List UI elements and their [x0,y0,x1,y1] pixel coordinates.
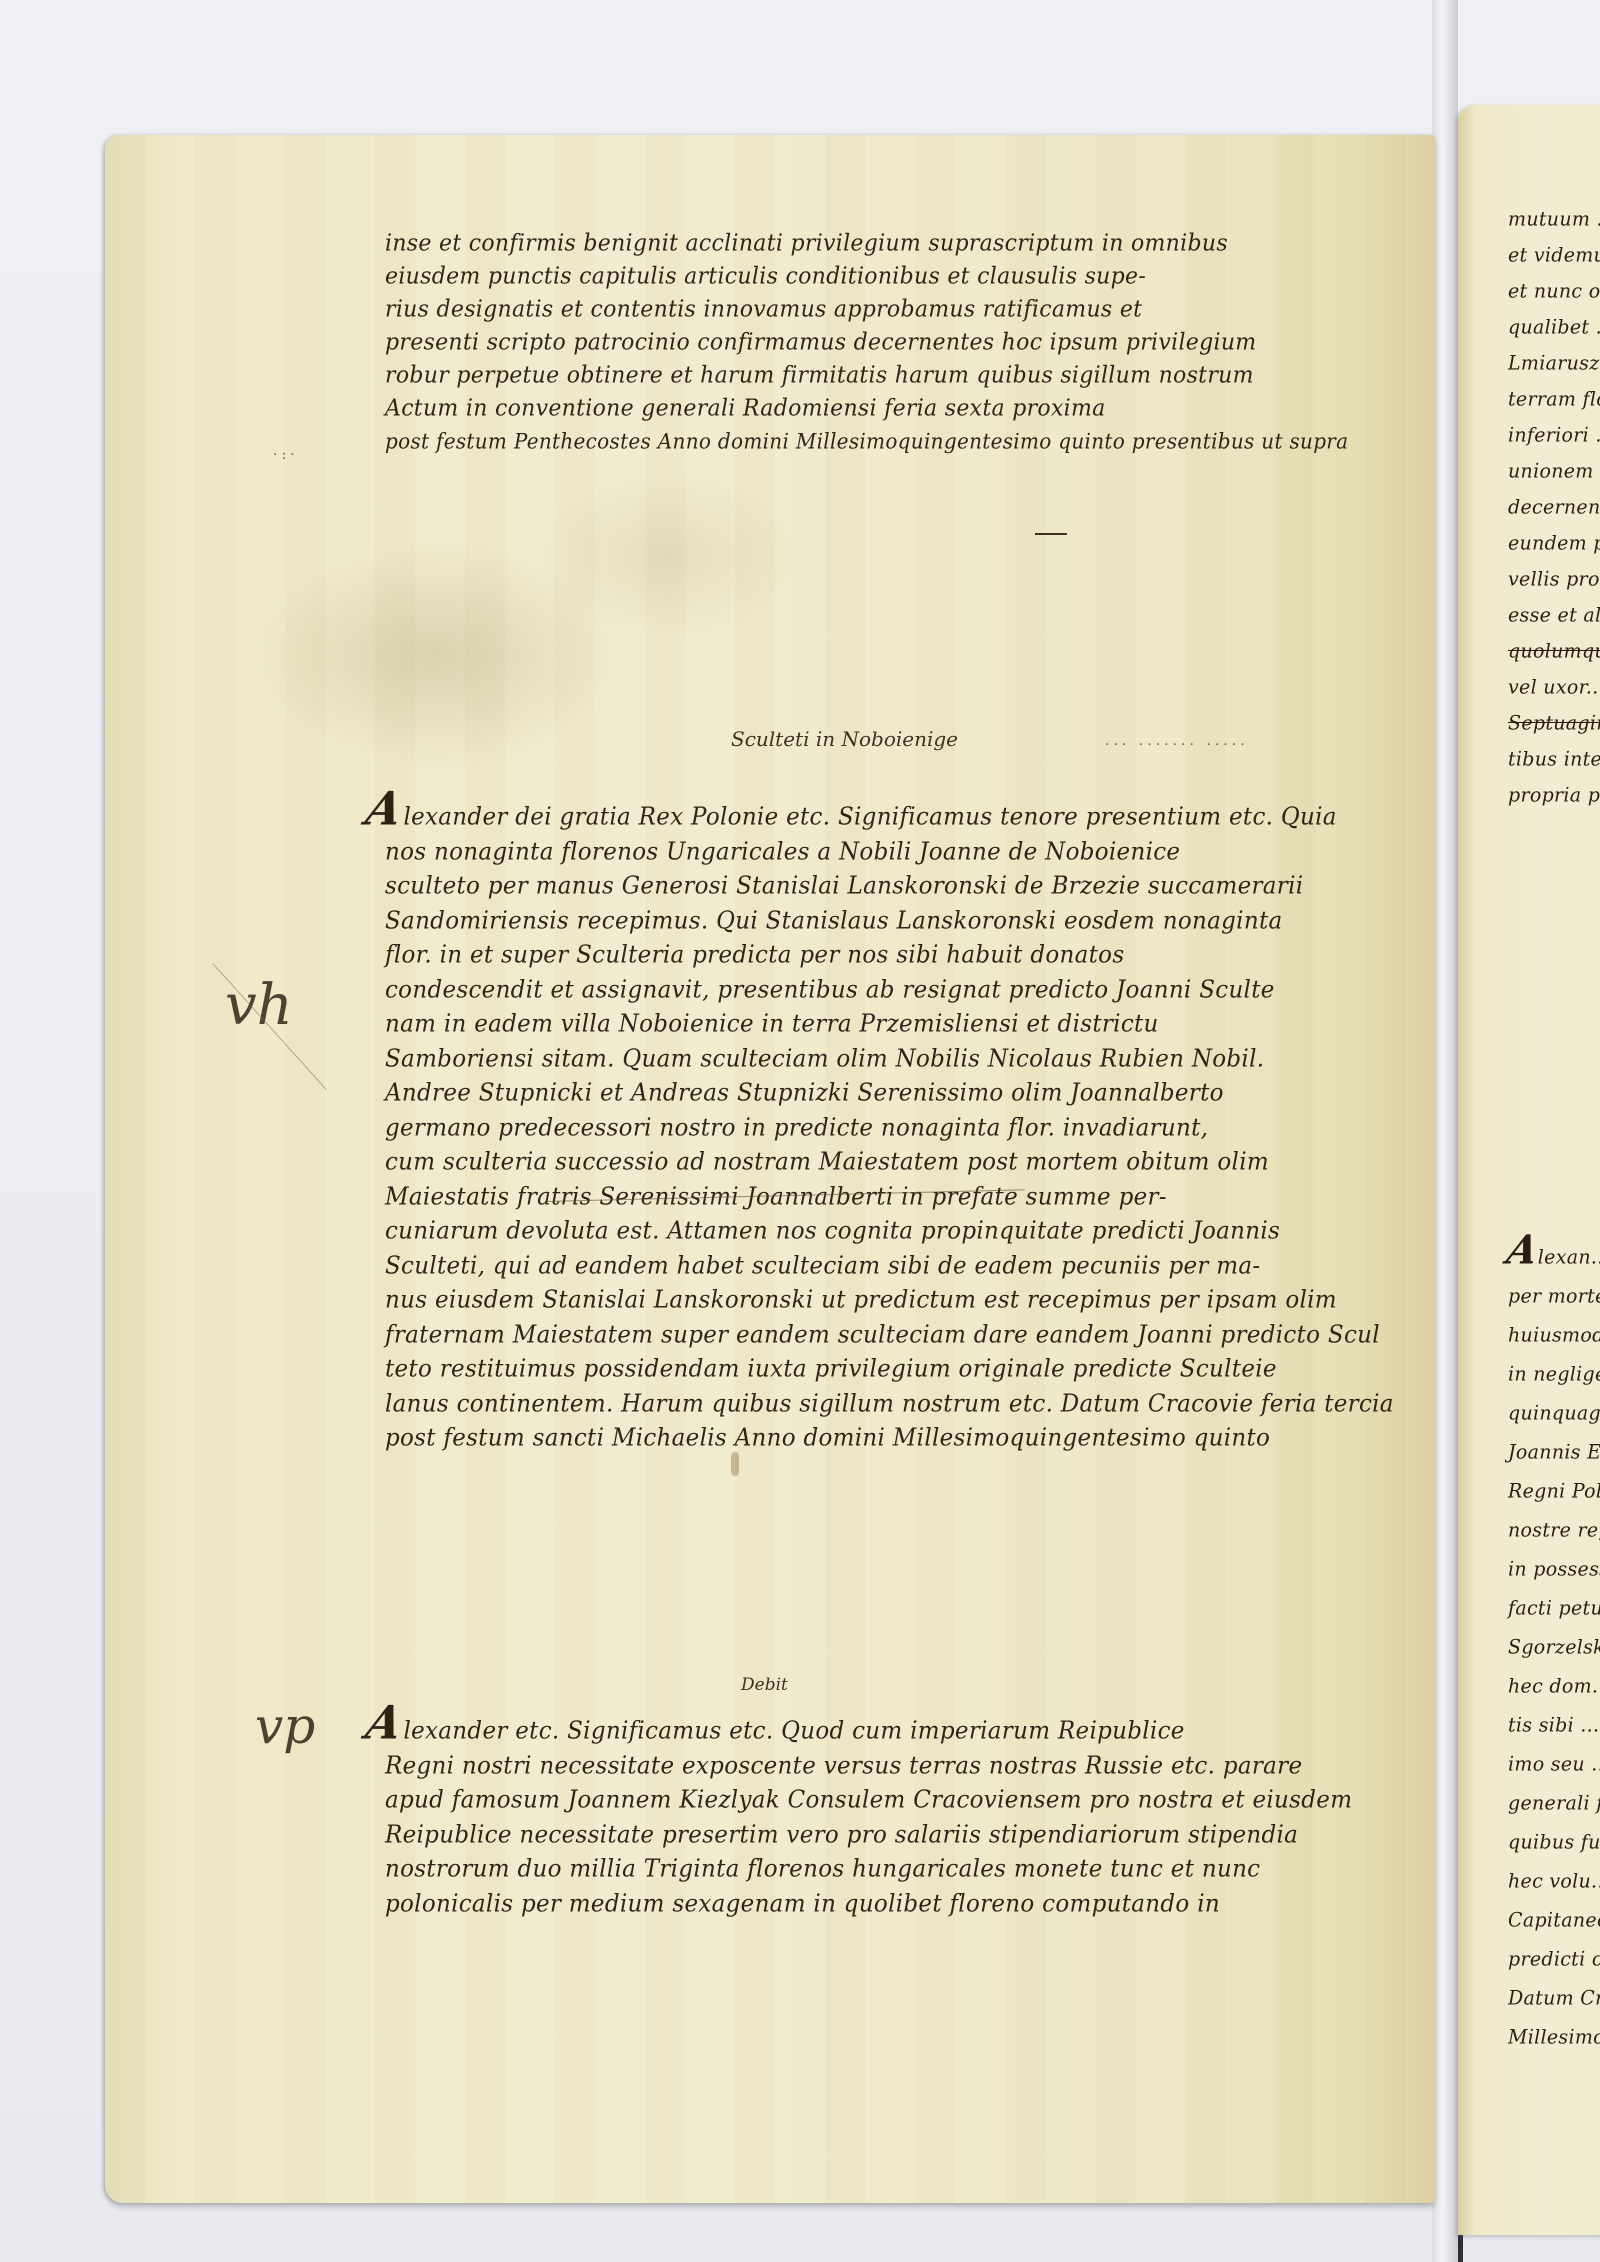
text-line-content: lexander dei gratia Rex Polonie etc. Sig… [403,803,1336,830]
text-line: post festum sancti Michaelis Anno domini… [367,1420,1394,1456]
text-line-content: lexan... [1538,1246,1600,1269]
margin-note-vh: vh [225,973,293,1038]
text-line: esse et al... [1508,596,1600,634]
text-line: presenti scripto patrocinio confirmamus … [385,325,1348,360]
text-line: condescendit et assignavit, presentibus … [367,972,1394,1008]
text-line: Septuaginta... [1508,704,1600,742]
text-line: Alexan... [1508,1229,1600,1278]
text-line: Regni Pol... [1508,1471,1600,1512]
drop-cap: A [364,1708,405,1740]
text-line: Joannis Epi... [1508,1432,1600,1473]
text-line: per morte... [1508,1276,1600,1317]
text-line: inse et confirmis benignit acclinati pri… [385,226,1348,261]
text-line: eiusdem punctis capitulis articulis cond… [385,259,1348,294]
text-line: Capitaneo... [1508,1900,1600,1941]
text-line: Datum Crac... [1508,1978,1600,2019]
text-line: tibus inte... [1508,740,1600,778]
text-line: vel uxor... [1508,668,1600,706]
text-line: facti petu... [1508,1588,1600,1629]
text-line: fraternam Maiestatem super eandem sculte… [367,1317,1394,1353]
text-line: Reipublice necessitate presertim vero pr… [367,1817,1352,1853]
text-line: cum sculteria successio ad nostram Maies… [367,1144,1394,1180]
text-line: nostre regal... [1508,1510,1600,1551]
text-line: Samboriensi sitam. Quam sculteciam olim … [367,1041,1394,1077]
text-line: hec dom. ... [1508,1666,1600,1707]
text-line: Alexander dei gratia Rex Polonie etc. Si… [367,794,1394,835]
text-line: hec volu... [1508,1861,1600,1902]
text-line: Sgorzelsk... [1508,1627,1600,1668]
text-line: qualibet ... [1508,308,1600,346]
text-line: germano predecessori nostro in predicte … [367,1110,1394,1146]
text-line: post festum Penthecostes Anno domini Mil… [385,424,1348,459]
text-line-content: lexander etc. Significamus etc. Quod cum… [403,1717,1184,1744]
text-line: imo seu ... [1508,1744,1600,1785]
ink-specks: ·:· [273,447,299,463]
text-line: terram flore... [1508,380,1600,418]
text-line: Sandomiriensis recepimus. Qui Stanislaus… [367,903,1394,939]
text-line: mutuum ... [1508,200,1600,238]
text-line: nus eiusdem Stanislai Lanskoronski ut pr… [367,1282,1394,1318]
text-line: robur perpetue obtinere et harum firmita… [385,358,1348,393]
text-line: quinquage... [1508,1393,1600,1434]
margin-note-vp: vp [255,1697,315,1755]
text-line: inferiori ... [1508,416,1600,454]
text-line: Regni nostri necessitate exposcente vers… [367,1748,1352,1784]
text-line: nam in eadem villa Noboienice in terra P… [367,1006,1394,1042]
text-line: generali f... [1508,1783,1600,1824]
ink-stain [731,1452,739,1476]
text-line: Maiestatis fratris Serenissimi Joannalbe… [367,1179,1394,1215]
text-line: et videmus ... [1508,236,1600,274]
text-line: eundem p... [1508,524,1600,562]
text-line: Millesimo... [1508,2017,1600,2058]
text-line: sculteto per manus Generosi Stanislai La… [367,868,1394,904]
text-line: Sculteti, qui ad eandem habet sculteciam… [367,1248,1394,1284]
entry-heading: Sculteti in Noboienige [731,727,958,751]
text-line: unionem in ... [1508,452,1600,490]
text-line: Actum in conventione generali Radomiensi… [385,391,1348,426]
heading-trailing-marks: ... ....... ..... [1105,733,1249,749]
entry-heading: Debit [741,1675,788,1695]
text-line: in negligen... [1508,1354,1600,1395]
text-line: teto restituimus possidendam iuxta privi… [367,1351,1394,1387]
drop-cap: A [1504,1229,1542,1270]
text-line: decernens ... [1508,488,1600,526]
drop-cap: A [364,794,405,826]
text-line: rius designatis et contentis innovamus a… [385,292,1348,327]
text-line: tis sibi ... [1508,1705,1600,1746]
text-line: propria po... [1508,776,1600,814]
entry-2-text: Alexander etc. Significamus etc. Quod cu… [367,1709,1352,1921]
right-lower-text: Alexan... per morte... huiusmodi ... in … [1508,1230,1600,2057]
text-line: predicti com... [1508,1939,1600,1980]
text-line: lanus continentem. Harum quibus sigillum… [367,1386,1394,1422]
right-upper-text: mutuum ... et videmus ... et nunc omni..… [1508,201,1600,813]
entry-1-text: Alexander dei gratia Rex Polonie etc. Si… [367,795,1394,1456]
text-line: cuniarum devoluta est. Attamen nos cogni… [367,1213,1394,1249]
text-line: quibus fulc... [1508,1822,1600,1863]
text-line: et nunc omni... [1508,272,1600,310]
text-line: in possess... [1508,1549,1600,1590]
top-text-block: inse et confirmis benignit acclinati pri… [385,227,1348,458]
text-line: quolumque... [1508,632,1600,670]
right-page: mutuum ... et videmus ... et nunc omni..… [1458,105,1600,2235]
text-line: flor. in et super Sculteria predicta per… [367,937,1394,973]
text-line: Lmiaruszem ... [1508,344,1600,382]
book-binding [1432,0,1458,2262]
text-line: Alexander etc. Significamus etc. Quod cu… [367,1708,1352,1749]
text-line: apud famosum Joannem Kiezlyak Consulem C… [367,1782,1352,1818]
left-page: inse et confirmis benignit acclinati pri… [105,135,1435,2203]
text-line: nostrorum duo millia Triginta florenos h… [367,1851,1352,1887]
text-line: vellis prom... [1508,560,1600,598]
text-line: Andree Stupnicki et Andreas Stupnizki Se… [367,1075,1394,1111]
text-line: nos nonaginta florenos Ungaricales a Nob… [367,834,1394,870]
section-end-dash [1035,533,1067,535]
text-line: huiusmodi ... [1508,1315,1600,1356]
text-line: polonicalis per medium sexagenam in quol… [367,1886,1352,1922]
